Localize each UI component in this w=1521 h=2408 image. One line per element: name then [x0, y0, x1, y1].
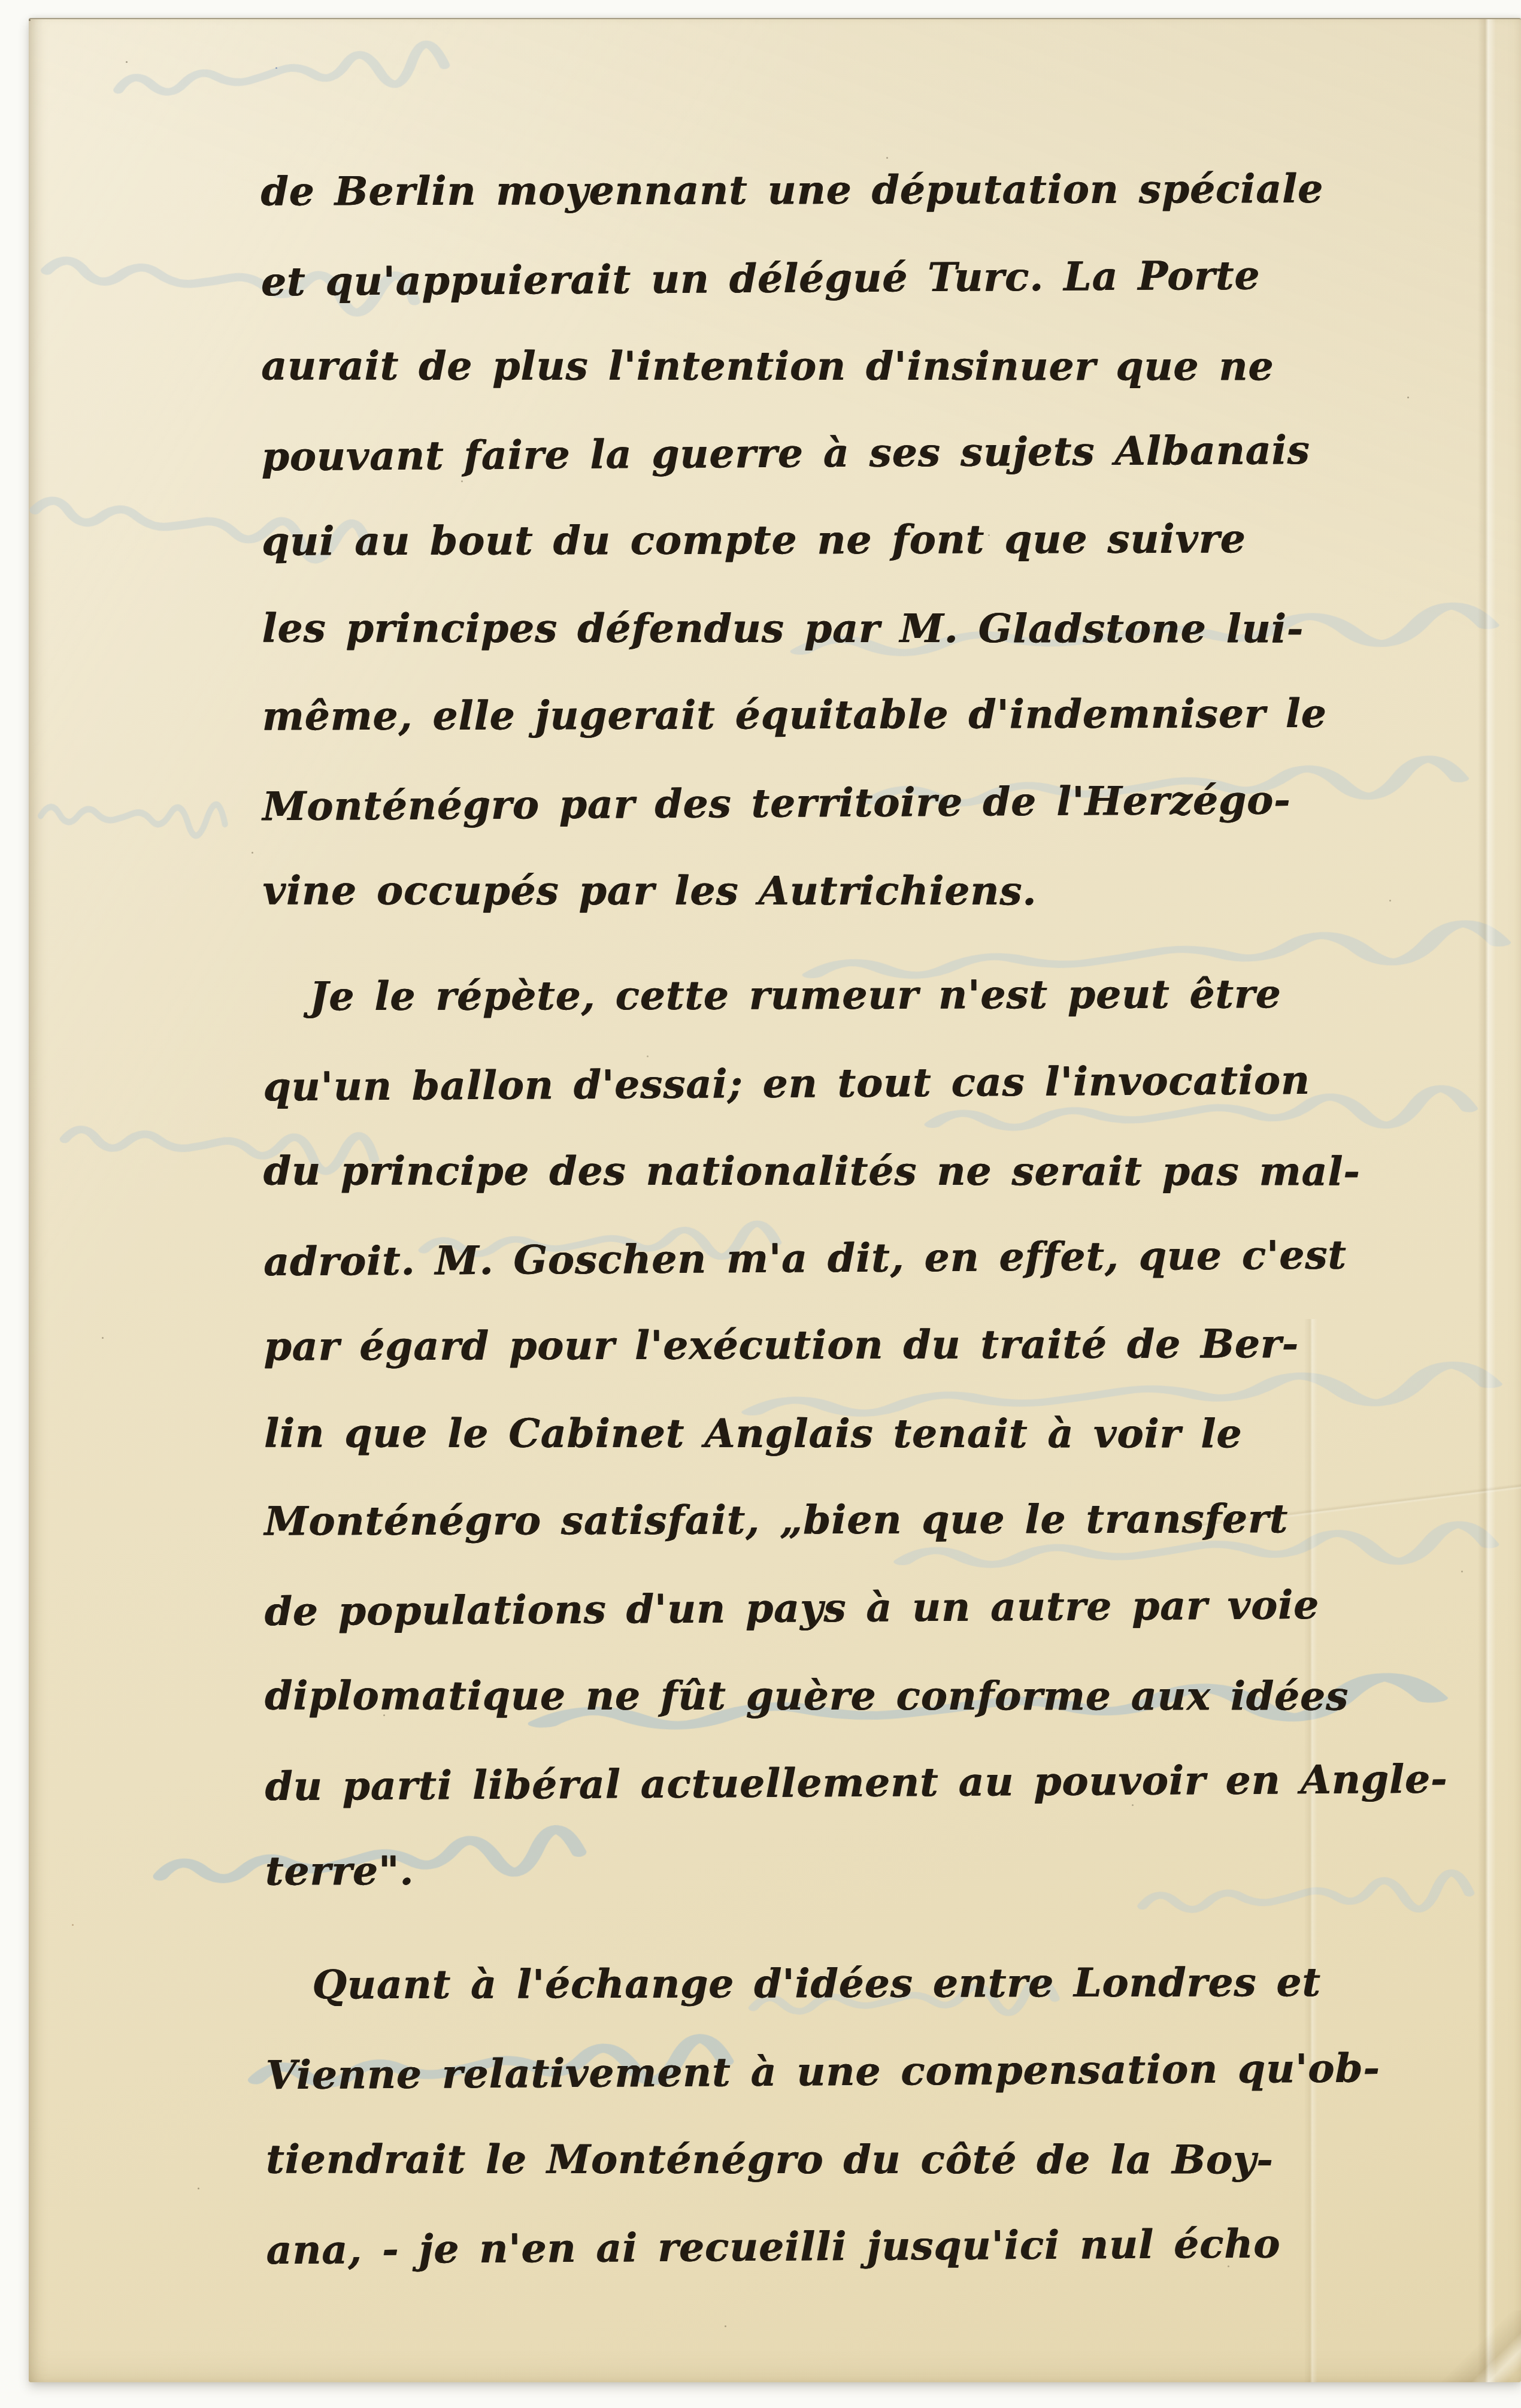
- vertical-fold-crease: [1478, 19, 1496, 2382]
- handwritten-line: lin que le Cabinet Anglais tenait à voir…: [264, 1389, 1432, 1477]
- handwritten-line: diplomatique ne fût guère conforme aux i…: [265, 1651, 1432, 1740]
- handwritten-line: du parti libéral actuellement au pouvoir…: [265, 1735, 1433, 1831]
- handwritten-line: Monténégro par des territoire de l'Herzé…: [262, 755, 1431, 851]
- handwritten-line: aurait de plus l'intention d'insinuer qu…: [261, 322, 1429, 410]
- handwritten-line: les principes défendus par M. Gladstone …: [262, 584, 1429, 672]
- letter-page: de Berlin moyennant une députation spéci…: [29, 18, 1521, 2382]
- handwritten-line: et qu'appuierait un délégué Turc. La Por…: [260, 231, 1429, 326]
- handwritten-line: tiendrait le Monténégro du côté de la Bo…: [266, 2115, 1434, 2203]
- handwritten-line: qu'un ballon d'essai; en tout cas l'invo…: [263, 1036, 1431, 1131]
- handwritten-line: Je le répète, cette rumeur n'est peut êt…: [263, 949, 1431, 1040]
- handwritten-line: vine occupés par les Autrichiens.: [263, 846, 1431, 934]
- handwritten-line: ana, - je n'en ai recueilli jusqu'ici nu…: [266, 2199, 1434, 2294]
- handwritten-line: qui au bout du compte ne font que suivre: [262, 494, 1429, 585]
- paragraph: de Berlin moyennant une députation spéci…: [260, 144, 1430, 934]
- handwritten-line: adroit. M. Goschen m'a dit, en effet, qu…: [263, 1211, 1432, 1306]
- handwritten-line: terre".: [265, 1824, 1433, 1914]
- folded-corner: [1413, 2310, 1521, 2382]
- handwritten-line: même, elle jugerait équitable d'indemnis…: [262, 669, 1430, 760]
- handwritten-line: de Berlin moyennant une députation spéci…: [260, 144, 1428, 235]
- handwritten-line: pouvant faire la guerre à ses sujets Alb…: [261, 406, 1429, 501]
- handwritten-text-block: de Berlin moyennant une députation spéci…: [260, 144, 1434, 2291]
- dust-specks: [29, 19, 31, 21]
- handwritten-line: Vienne relativement à une compensation q…: [265, 2024, 1434, 2119]
- paragraph: Je le répète, cette rumeur n'est peut êt…: [263, 949, 1433, 1914]
- handwritten-line: de populations d'un pays à un autre par …: [264, 1560, 1432, 1656]
- handwritten-line: du principe des nationalités ne serait p…: [263, 1127, 1431, 1215]
- handwritten-line: Monténégro satisfait, „bien que le trans…: [264, 1474, 1432, 1565]
- handwritten-line: Quant à l'échange d'idées entre Londres …: [265, 1938, 1433, 2028]
- scan-bed: de Berlin moyennant une députation spéci…: [0, 0, 1521, 2408]
- paragraph: Quant à l'échange d'idées entre Londres …: [265, 1938, 1434, 2291]
- handwritten-line: par égard pour l'exécution du traité de …: [263, 1299, 1431, 1390]
